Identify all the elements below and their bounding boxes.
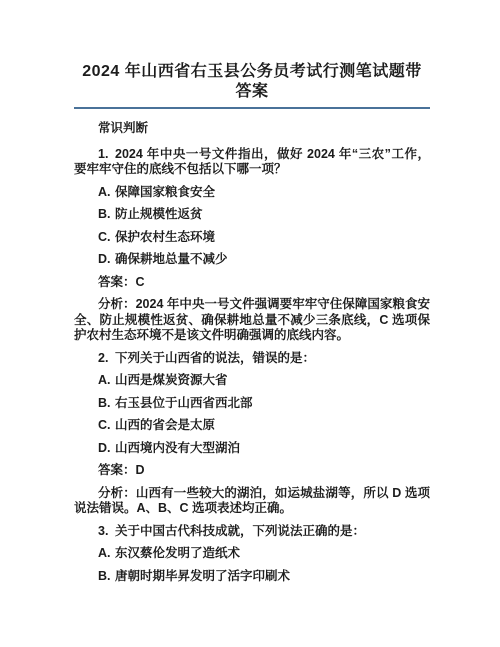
- option-text: 保护农村生态环境: [115, 230, 215, 244]
- option-text: 东汉蔡伦发明了造纸术: [115, 546, 240, 560]
- option-label: A.: [98, 185, 115, 201]
- page-title: 2024 年山西省右玉县公务员考试行测笔试题带答案: [74, 62, 430, 102]
- question-1-analysis: 分析：2024 年中央一号文件强调要牢牢守住保障国家粮食安全、防止规模性返贫、确…: [74, 297, 430, 344]
- question-3-option-b: B.唐朝时期毕昇发明了活字印刷术: [74, 569, 430, 585]
- question-2-number: 2.: [98, 351, 115, 367]
- question-1-stem: 1.2024 年中央一号文件指出，做好 2024 年“三农”工作，要牢牢守住的底…: [74, 147, 430, 178]
- question-1-option-d: D.确保耕地总量不减少: [74, 252, 430, 268]
- question-block-1: 1.2024 年中央一号文件指出，做好 2024 年“三农”工作，要牢牢守住的底…: [74, 147, 430, 344]
- option-label: B.: [98, 569, 115, 585]
- question-2-option-b: B.右玉县位于山西省西北部: [74, 396, 430, 412]
- question-1-text: 2024 年中央一号文件指出，做好 2024 年“三农”工作，要牢牢守住的底线不…: [74, 147, 430, 177]
- option-label: B.: [98, 207, 115, 223]
- question-1-option-a: A.保障国家粮食安全: [74, 185, 430, 201]
- option-text: 保障国家粮食安全: [115, 185, 215, 199]
- question-3-option-a: A.东汉蔡伦发明了造纸术: [74, 546, 430, 562]
- document-page: 2024 年山西省右玉县公务员考试行测笔试题带答案 常识判断 1.2024 年中…: [0, 0, 500, 647]
- document-body: 常识判断 1.2024 年中央一号文件指出，做好 2024 年“三农”工作，要牢…: [74, 121, 430, 584]
- question-3-text: 关于中国古代科技成就，下列说法正确的是：: [115, 524, 365, 538]
- option-label: D.: [98, 252, 115, 268]
- question-2-analysis: 分析：山西有一些较大的湖泊，如运城盐湖等，所以 D 选项说法错误。A、B、C 选…: [74, 486, 430, 517]
- question-3-stem: 3.关于中国古代科技成就，下列说法正确的是：: [74, 524, 430, 540]
- document-header: 2024 年山西省右玉县公务员考试行测笔试题带答案: [74, 62, 430, 109]
- option-text: 山西境内没有大型湖泊: [115, 441, 240, 455]
- option-label: C.: [98, 418, 115, 434]
- question-2-text: 下列关于山西省的说法，错误的是：: [115, 351, 315, 365]
- section-heading: 常识判断: [74, 121, 430, 137]
- option-label: D.: [98, 441, 115, 457]
- question-1-number: 1.: [98, 147, 115, 163]
- question-2-option-c: C.山西的省会是太原: [74, 418, 430, 434]
- question-block-2: 2.下列关于山西省的说法，错误的是： A.山西是煤炭资源大省 B.右玉县位于山西…: [74, 351, 430, 517]
- option-text: 唐朝时期毕昇发明了活字印刷术: [115, 569, 290, 583]
- option-text: 山西是煤炭资源大省: [115, 373, 228, 387]
- option-text: 防止规模性返贫: [115, 207, 203, 221]
- option-label: A.: [98, 373, 115, 389]
- option-label: B.: [98, 396, 115, 412]
- option-label: A.: [98, 546, 115, 562]
- question-2-option-d: D.山西境内没有大型湖泊: [74, 441, 430, 457]
- question-1-option-b: B.防止规模性返贫: [74, 207, 430, 223]
- option-text: 右玉县位于山西省西北部: [115, 396, 253, 410]
- option-text: 确保耕地总量不减少: [115, 252, 228, 266]
- question-1-option-c: C.保护农村生态环境: [74, 230, 430, 246]
- question-3-number: 3.: [98, 524, 115, 540]
- question-2-stem: 2.下列关于山西省的说法，错误的是：: [74, 351, 430, 367]
- option-text: 山西的省会是太原: [115, 418, 215, 432]
- question-1-answer: 答案：C: [74, 275, 430, 291]
- question-block-3: 3.关于中国古代科技成就，下列说法正确的是： A.东汉蔡伦发明了造纸术 B.唐朝…: [74, 524, 430, 585]
- question-2-option-a: A.山西是煤炭资源大省: [74, 373, 430, 389]
- question-2-answer: 答案：D: [74, 463, 430, 479]
- option-label: C.: [98, 230, 115, 246]
